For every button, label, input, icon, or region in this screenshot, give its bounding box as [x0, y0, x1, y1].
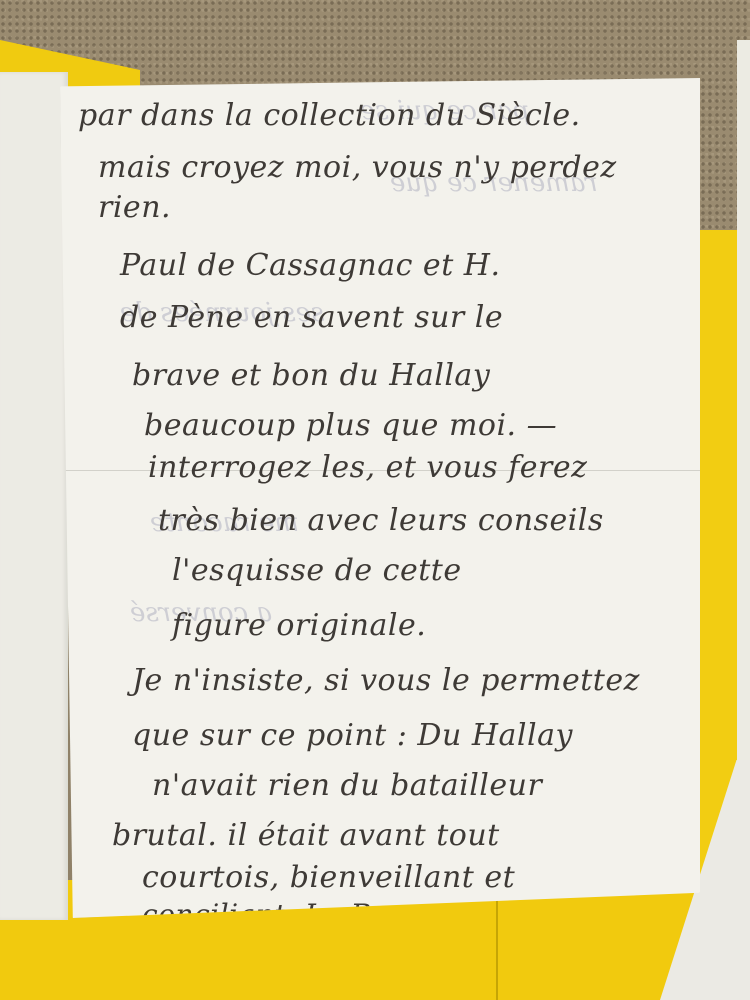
letter-line: que sur ce point : Du Hallay	[132, 718, 573, 753]
letter-line: n'avait rien du batailleur	[152, 768, 542, 803]
letter-line: rien.	[98, 190, 171, 225]
letter-line: l'esquisse de cette	[172, 553, 462, 588]
letter-line: beaucoup plus que moi. —	[144, 408, 557, 443]
letter-line: de Pène en savent sur le	[120, 300, 503, 335]
letter-line: Paul de Cassagnac et H.	[120, 248, 500, 283]
letter-line: mais croyez moi, vous n'y perdez	[98, 150, 617, 185]
folder-crease	[496, 900, 498, 1000]
letter-line: par dans la collection du Siècle.	[78, 98, 581, 133]
letter-line: interrogez les, et vous ferez	[148, 450, 587, 485]
left-page-of-letter	[0, 72, 68, 920]
letter-line: Je n'insiste, si vous le permettez	[132, 663, 640, 698]
letter-line: brave et bon du Hallay	[132, 358, 490, 393]
letter-line: figure originale.	[172, 608, 426, 643]
letter-line: brutal. il était avant tout	[112, 818, 500, 853]
handwritten-letter-page: par ce qui se ramener ce que ses journée…	[60, 78, 700, 918]
letter-line: très bien avec leurs conseils	[158, 503, 604, 538]
letter-line: courtois, bienveillant et	[142, 860, 515, 895]
